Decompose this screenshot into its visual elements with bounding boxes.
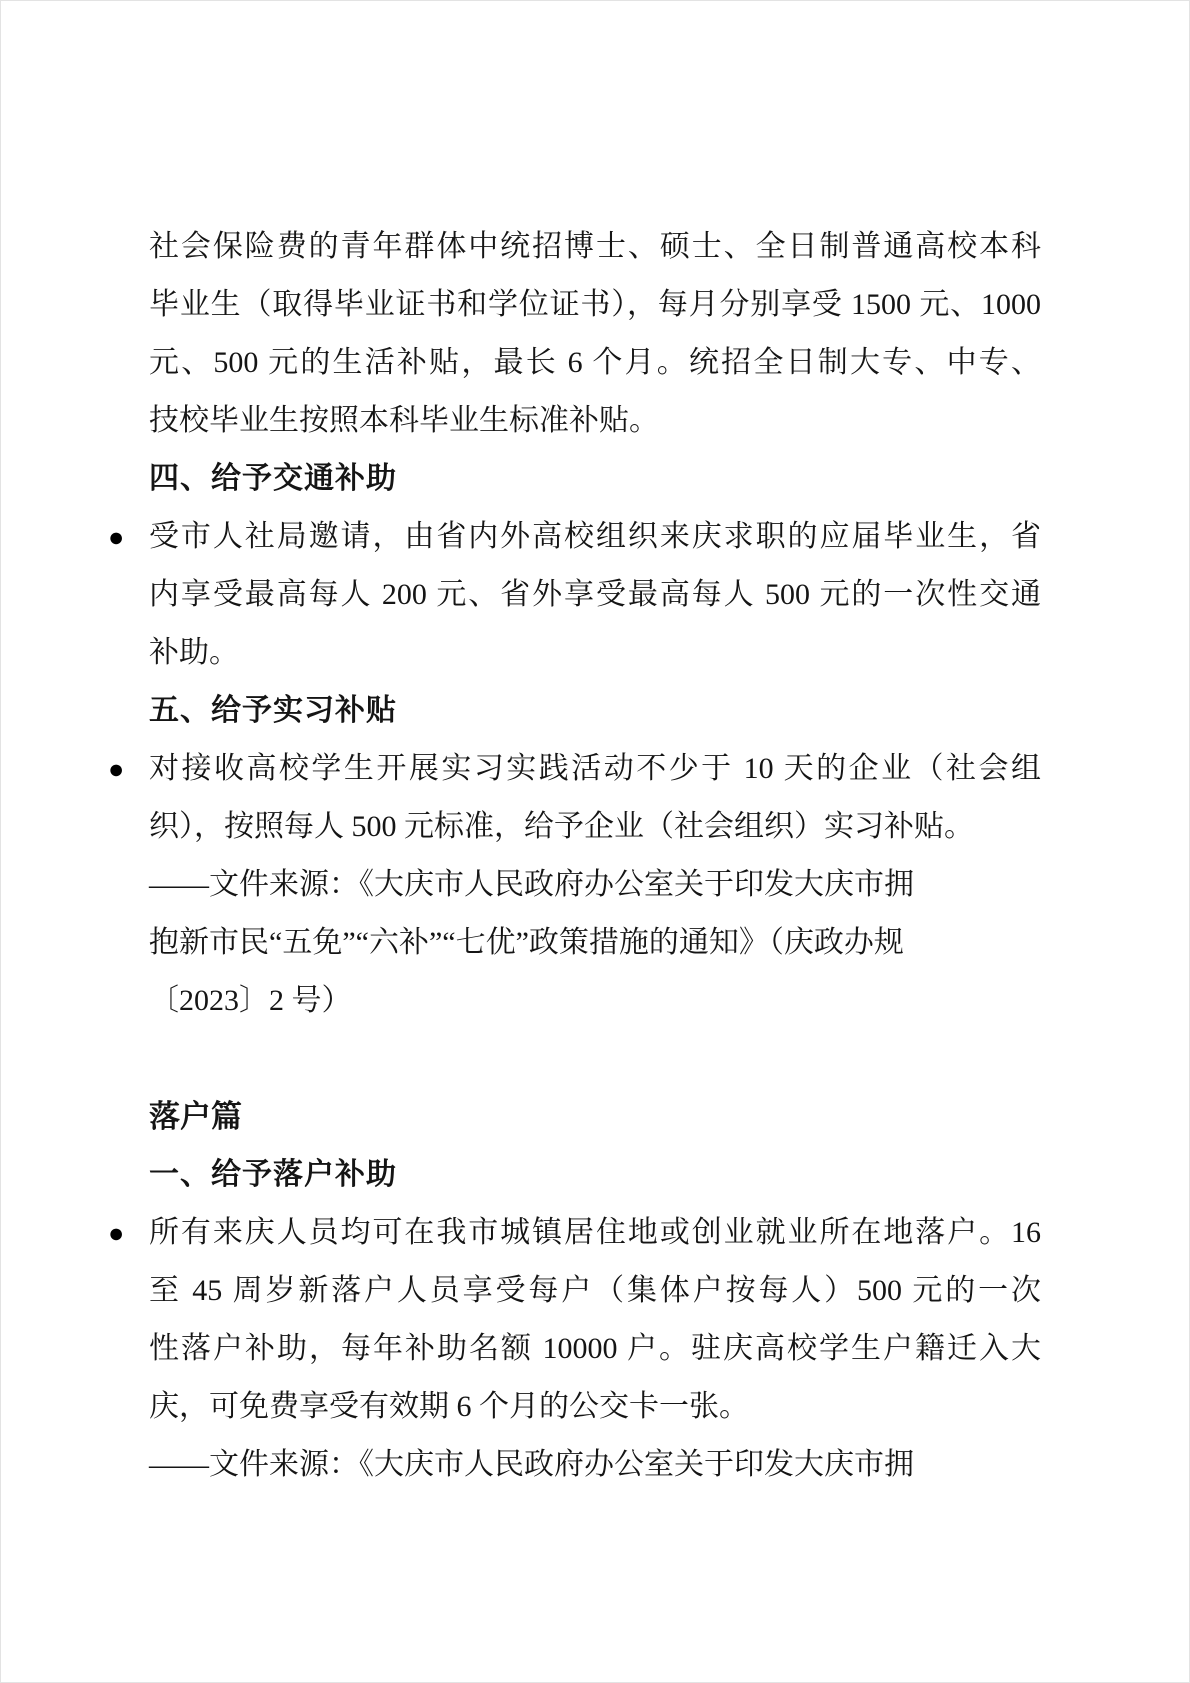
text-line: 庆，可免费享受有效期 6 个月的公交卡一张。 [149,1378,1041,1436]
bullet-icon: ● [108,740,138,798]
text-line: ——文件来源：《大庆市人民政府办公室关于印发大庆市拥 [149,856,1041,914]
text-line: ——文件来源：《大庆市人民政府办公室关于印发大庆市拥 [149,1436,1041,1494]
text-line: 对接收高校学生开展实习实践活动不少于 10 天的企业（社会组 [149,740,1041,798]
text-line: 补助。 [149,624,1041,682]
text-line: 毕业生（取得毕业证书和学位证书），每月分别享受 1500 元、1000 [149,276,1041,334]
bullet-paragraph: ●受市人社局邀请，由省内外高校组织来庆求职的应届毕业生，省内享受最高每人 200… [149,508,1041,682]
text-line: 技校毕业生按照本科毕业生标准补贴。 [149,392,1041,450]
bullet-icon: ● [108,1204,138,1262]
bullet-paragraph: ●对接收高校学生开展实习实践活动不少于 10 天的企业（社会组织），按照每人 5… [149,740,1041,856]
text-line: 〔2023〕2 号） [149,972,1041,1030]
text-line: 一、给予落户补助 [149,1146,1041,1204]
text-line: 织），按照每人 500 元标准，给予企业（社会组织）实习补贴。 [149,798,1041,856]
paragraph: 社会保险费的青年群体中统招博士、硕士、全日制普通高校本科毕业生（取得毕业证书和学… [149,218,1041,450]
source-note: ——文件来源：《大庆市人民政府办公室关于印发大庆市拥 [149,1436,1041,1494]
text-line: 元、500 元的生活补贴，最长 6 个月。统招全日制大专、中专、 [149,334,1041,392]
section-title: 落户篇 [149,1088,1041,1146]
text-line: 抱新市民“五免”“六补”“七优”政策措施的通知》（庆政办规 [149,914,1041,972]
text-line: 受市人社局邀请，由省内外高校组织来庆求职的应届毕业生，省 [149,508,1041,566]
source-note: ——文件来源：《大庆市人民政府办公室关于印发大庆市拥抱新市民“五免”“六补”“七… [149,856,1041,1030]
text-line: 落户篇 [149,1088,1041,1146]
bullet-icon: ● [108,508,138,566]
text-line: 所有来庆人员均可在我市城镇居住地或创业就业所在地落户。16 [149,1204,1041,1262]
clause-heading: 四、给予交通补助 [149,450,1041,508]
paragraph-spacer [149,1030,1041,1088]
clause-heading: 五、给予实习补贴 [149,682,1041,740]
clause-heading: 一、给予落户补助 [149,1146,1041,1204]
document-page: 社会保险费的青年群体中统招博士、硕士、全日制普通高校本科毕业生（取得毕业证书和学… [0,0,1190,1683]
document-content: 社会保险费的青年群体中统招博士、硕士、全日制普通高校本科毕业生（取得毕业证书和学… [149,218,1041,1494]
text-line: 至 45 周岁新落户人员享受每户（集体户按每人）500 元的一次 [149,1262,1041,1320]
text-line: 性落户补助，每年补助名额 10000 户。驻庆高校学生户籍迁入大 [149,1320,1041,1378]
text-line: 五、给予实习补贴 [149,682,1041,740]
text-line: 社会保险费的青年群体中统招博士、硕士、全日制普通高校本科 [149,218,1041,276]
text-line: 四、给予交通补助 [149,450,1041,508]
text-line: 内享受最高每人 200 元、省外享受最高每人 500 元的一次性交通 [149,566,1041,624]
bullet-paragraph: ●所有来庆人员均可在我市城镇居住地或创业就业所在地落户。16至 45 周岁新落户… [149,1204,1041,1436]
